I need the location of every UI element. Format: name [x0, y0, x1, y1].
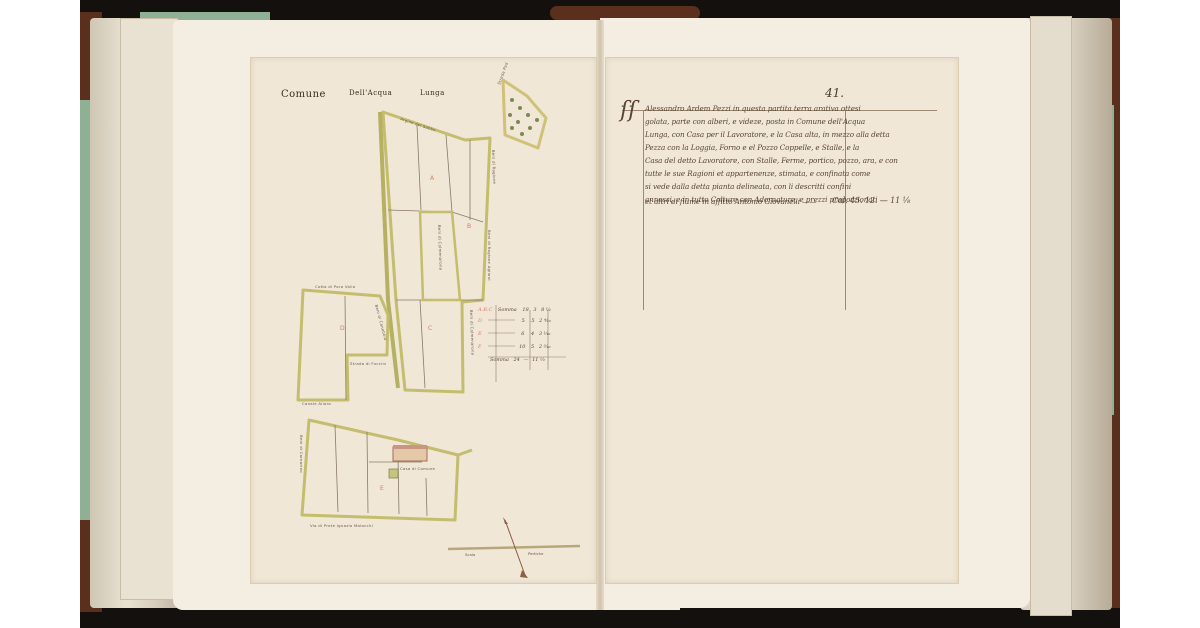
svg-text:Argine del Sabbo: Argine del Sabbo — [400, 116, 437, 132]
left-column-rule — [643, 110, 644, 310]
entry-line: si vede dalla detta pianta delineata, co… — [645, 182, 851, 191]
svg-text:Via di Prete Ignazio Malocchi: Via di Prete Ignazio Malocchi — [310, 523, 373, 528]
area-table-row: D 5 5 2 ⁴⁄₁₀ — [478, 318, 551, 324]
entry-initial: ſſ — [620, 98, 636, 123]
svg-text:Scala: Scala — [465, 552, 475, 557]
svg-text:Beni di Ragione: Beni di Ragione — [491, 150, 497, 185]
cadastral-map: A B C D E Argine del Sabbo Beni di Ragio… — [0, 0, 1200, 628]
parcel-letter-e: E — [380, 485, 384, 492]
entry-total: Cal. 45. 12. — 11 ⅛ — [832, 196, 910, 205]
area-table-row: A.B.C Somma 18 3 8 ⅟₂ — [478, 307, 551, 313]
svg-text:Casa di Comune: Casa di Comune — [400, 466, 436, 471]
entry-line: Alessandro Ardem Pezzi in questa partita… — [645, 104, 861, 113]
svg-text:Beni di Carnarino: Beni di Carnarino — [299, 435, 304, 473]
entry-last-line: et altri di fiume in affitto Antonio Gio… — [645, 197, 816, 206]
svg-text:Pertiche: Pertiche — [528, 551, 544, 556]
svg-text:Strada di Fuccini: Strada di Fuccini — [350, 361, 387, 366]
entry-line: Pezza con la Loggia, Forno e el Pozzo Co… — [645, 143, 859, 152]
parcel-letter-c: C — [428, 325, 432, 332]
area-table-total-row: Somma 24 — 11 ⅟₂ — [490, 357, 545, 363]
entry-line: golata, parte con alberi, e videze, post… — [645, 117, 865, 126]
svg-text:Beni di Ragione Agliani: Beni di Ragione Agliani — [487, 230, 492, 281]
parcel-letter-d: D — [340, 325, 345, 332]
parcel-letter-b: B — [467, 223, 471, 230]
svg-text:Canale Alloro: Canale Alloro — [302, 401, 331, 406]
svg-text:Cotta di Poro Vallo: Cotta di Poro Vallo — [315, 284, 356, 289]
right-column-rule — [845, 110, 846, 310]
entry-line: Lunga, con Casa per il Lavoratore, e la … — [645, 130, 890, 139]
area-table-row: E 6 4 3 ⅟₁₀ — [478, 331, 550, 337]
folio-number: 41. — [825, 86, 844, 100]
entry-line: tutte le sue Ragioni et appartenenze, st… — [645, 169, 870, 178]
area-table-row: F 10 5 2 ³⁄₁₀ — [478, 344, 550, 350]
svg-text:Beni di Colmenarona: Beni di Colmenarona — [469, 310, 476, 355]
entry-line: Casa del detto Lavoratore, con Stalle, F… — [645, 156, 898, 165]
parcel-letter-a: A — [430, 175, 435, 182]
svg-text:Beni di Colmenarona: Beni di Colmenarona — [437, 225, 444, 270]
